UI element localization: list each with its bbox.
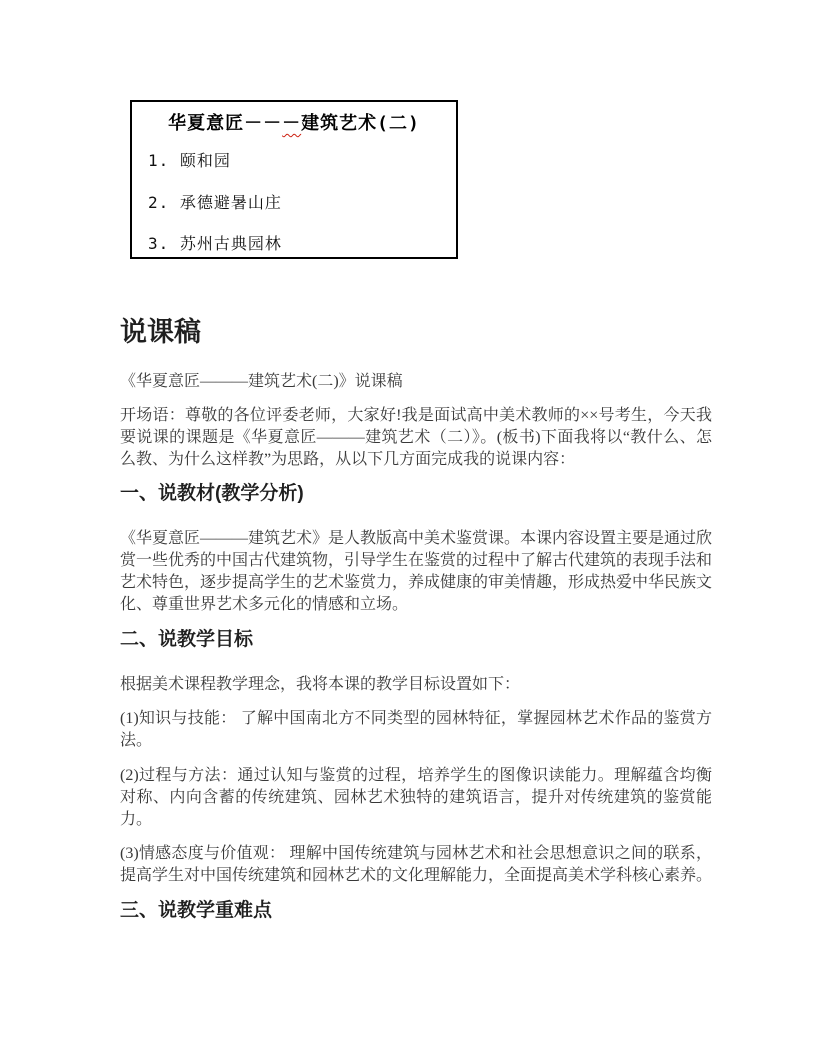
section-1-paragraph: 《华夏意匠———建筑艺术》是人教版高中美术鉴赏课。本课内容设置主要是通过欣赏一些… [120, 528, 712, 615]
section-heading-3: 三、说教学重难点 [120, 900, 712, 921]
board-list-item-1: 1. 颐和园 [148, 148, 231, 171]
document-page: 华夏意匠－－－建筑艺术(二) 1. 颐和园 2. 承德避暑山庄 3. 苏州古典园… [0, 0, 816, 1056]
section-2-goal-2: (2)过程与方法：通过认知与鉴赏的过程，培养学生的图像识读能力。理解蕴含均衡对称… [120, 765, 712, 830]
document-title: 说课稿 [120, 317, 712, 347]
document-subtitle: 《华夏意匠———建筑艺术(二)》说课稿 [120, 371, 712, 393]
document-body: 说课稿 《华夏意匠———建筑艺术(二)》说课稿 开场语：尊敬的各位评委老师，大家… [120, 317, 712, 945]
board-title: 华夏意匠－－－建筑艺术(二) [132, 109, 456, 135]
section-2-goal-3: (3)情感态度与价值观： 理解中国传统建筑与园林艺术和社会思想意识之间的联系，提… [120, 843, 712, 887]
section-2-intro: 根据美术课程教学理念，我将本课的教学目标设置如下： [120, 674, 712, 696]
board-title-pre: 华夏意匠－－ [168, 113, 282, 134]
board-list-item-2: 2. 承德避暑山庄 [148, 190, 282, 213]
section-2-goal-1: (1)知识与技能： 了解中国南北方不同类型的园林特征，掌握园林艺术作品的鉴赏方法… [120, 708, 712, 752]
misspelling-squiggle: － [282, 113, 301, 134]
board-title-post: 建筑艺术(二) [301, 113, 420, 134]
board-list-item-3: 3. 苏州古典园林 [148, 231, 282, 254]
section-heading-2: 二、说教学目标 [120, 629, 712, 650]
board-plan-image: 华夏意匠－－－建筑艺术(二) 1. 颐和园 2. 承德避暑山庄 3. 苏州古典园… [130, 100, 458, 259]
section-heading-1: 一、说教材(教学分析) [120, 483, 712, 504]
opening-paragraph: 开场语：尊敬的各位评委老师，大家好!我是面试高中美术教师的××号考生，今天我要说… [120, 405, 712, 470]
